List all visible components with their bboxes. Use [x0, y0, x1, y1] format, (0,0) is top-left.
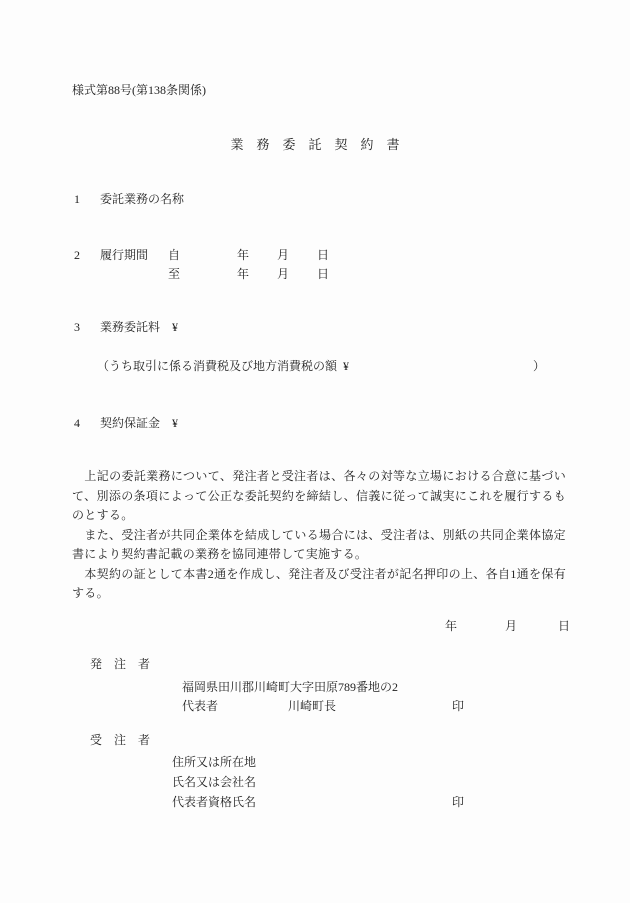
orderer-label: 発 注 者 — [90, 656, 150, 672]
item-3-label: 業務委託料 — [100, 319, 160, 335]
item-1-label: 委託業務の名称 — [100, 191, 184, 207]
date-month-label: 月 — [505, 618, 517, 634]
date-year-label: 年 — [445, 618, 457, 634]
item-2-label: 履行期間 — [100, 247, 148, 263]
orderer-seal-mark: 印 — [452, 698, 464, 714]
item-4-number: 4 — [74, 415, 80, 431]
period-to-month-label: 月 — [277, 266, 289, 282]
period-from-label: 自 — [168, 247, 180, 263]
item-3-number: 3 — [74, 319, 80, 335]
contract-document-page: { "document": { "form_number": "様式第88号(第… — [0, 0, 630, 903]
tax-note-text: （うち取引に係る消費税及び地方消費税の額 — [97, 358, 337, 374]
orderer-representative-label: 代表者 — [182, 698, 218, 714]
paragraph-agreement: 上記の委託業務について、発注者と受注者は、各々の対等な立場における合意に基づいて… — [72, 467, 566, 526]
paragraph-joint-venture: また、受注者が共同企業体を結成している場合には、受注者は、別紙の共同企業体協定書… — [72, 526, 566, 565]
orderer-representative-name: 川崎町長 — [288, 698, 336, 714]
body-paragraphs: 上記の委託業務について、発注者と受注者は、各々の対等な立場における合意に基づいて… — [72, 467, 566, 604]
tax-note-close-paren: ） — [533, 358, 545, 374]
item-3-yen-sign: ¥ — [172, 319, 178, 335]
contractor-representative-label: 代表者資格氏名 — [172, 794, 256, 810]
date-day-label: 日 — [558, 618, 570, 634]
period-to-day-label: 日 — [317, 266, 329, 282]
item-4-yen-sign: ¥ — [172, 415, 178, 431]
contractor-address-label: 住所又は所在地 — [172, 754, 256, 770]
paragraph-copies: 本契約の証として本書2通を作成し、発注者及び受注者が記名押印の上、各自1通を保有… — [72, 565, 566, 604]
period-to-year-label: 年 — [237, 266, 249, 282]
period-to-label: 至 — [168, 266, 180, 282]
item-2-number: 2 — [74, 247, 80, 263]
contractor-label: 受 注 者 — [90, 732, 150, 748]
contractor-name-label: 氏名又は会社名 — [172, 774, 256, 790]
period-from-month-label: 月 — [277, 247, 289, 263]
contractor-seal-mark: 印 — [452, 794, 464, 810]
period-from-year-label: 年 — [237, 247, 249, 263]
item-1-number: 1 — [74, 191, 80, 207]
period-from-day-label: 日 — [317, 247, 329, 263]
form-number: 様式第88号(第138条関係) — [72, 82, 206, 98]
orderer-address: 福岡県田川郡川崎町大字田原789番地の2 — [182, 679, 398, 695]
tax-note-yen-sign: ¥ — [343, 358, 349, 374]
item-4-label: 契約保証金 — [100, 415, 160, 431]
document-title: 業 務 委 託 契 約 書 — [0, 137, 630, 153]
